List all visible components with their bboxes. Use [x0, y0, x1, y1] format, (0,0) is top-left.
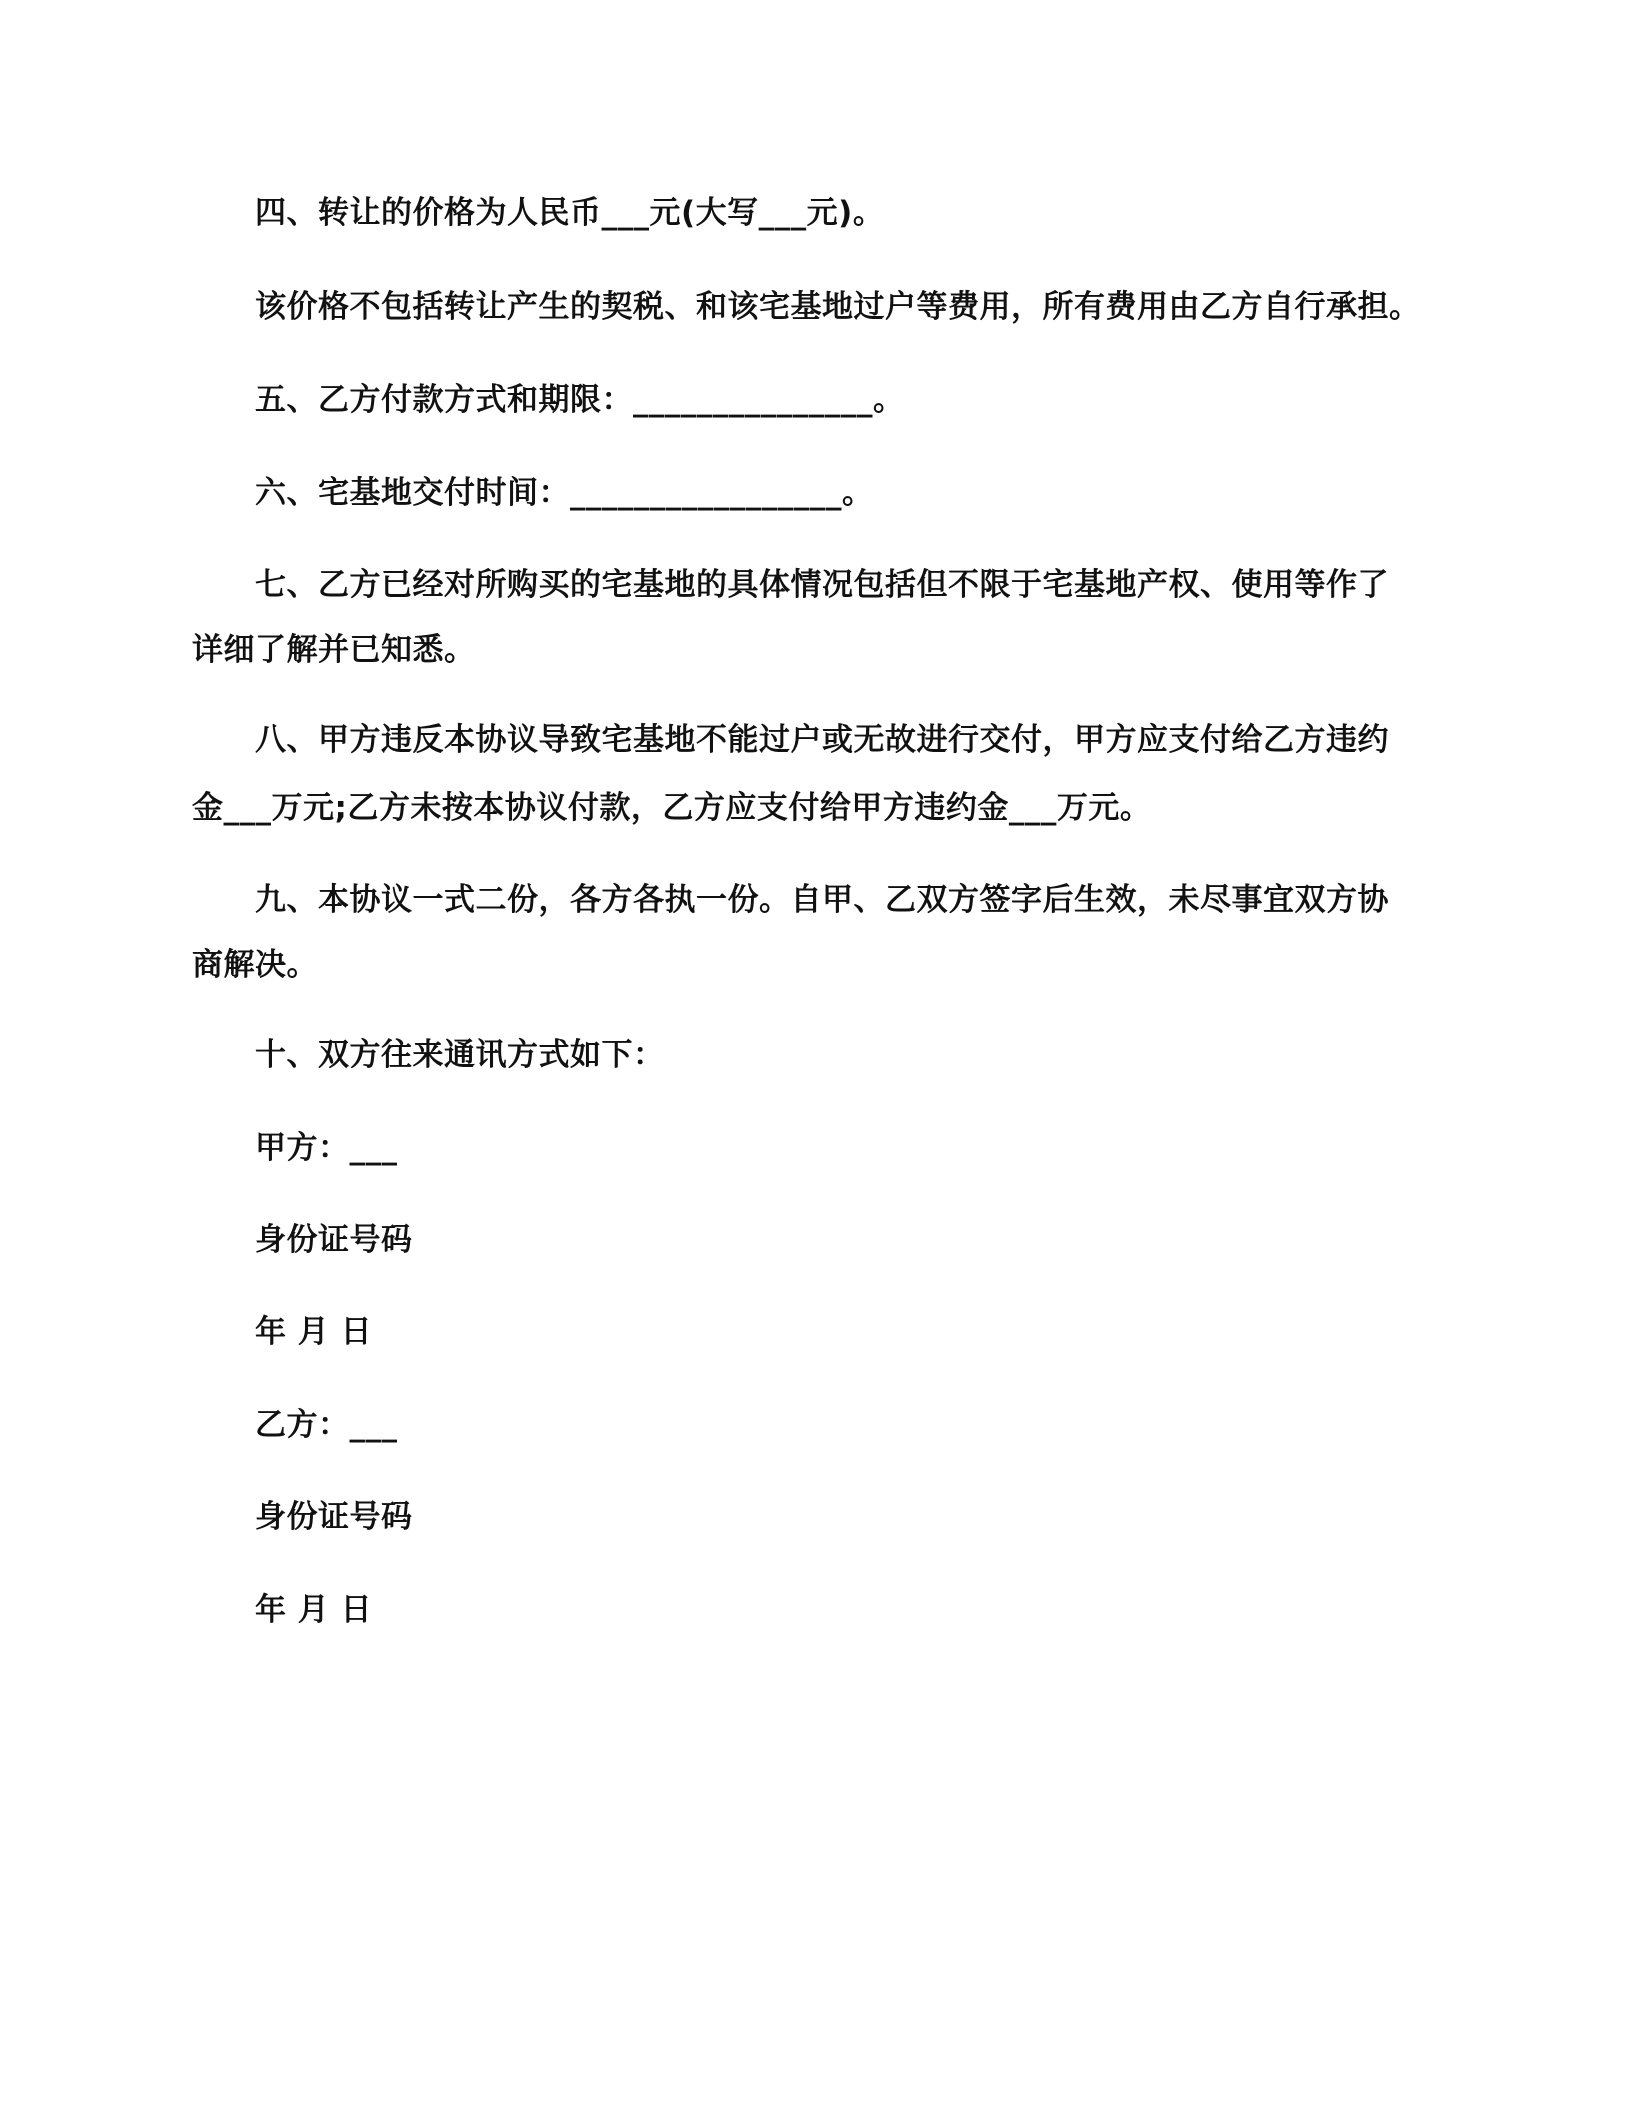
- document-line: 甲方：___: [255, 1128, 1505, 1168]
- document-line: 详细了解并已知悉。: [192, 630, 1442, 670]
- document-line: 身份证号码: [255, 1220, 1505, 1260]
- document-line: 六、宅基地交付时间：_________________。: [255, 473, 1505, 513]
- document-line: 十、双方往来通讯方式如下：: [255, 1035, 1505, 1075]
- document-line: 商解决。: [192, 945, 1442, 985]
- document-line: 七、乙方已经对所购买的宅基地的具体情况包括但不限于宅基地产权、使用等作了: [255, 565, 1505, 605]
- document-line: 身份证号码: [255, 1497, 1505, 1537]
- document-line: 金___万元;乙方未按本协议付款，乙方应支付给甲方违约金___万元。: [192, 788, 1442, 828]
- document-line: 乙方：___: [255, 1405, 1505, 1445]
- document-line: 八、甲方违反本协议导致宅基地不能过户或无故进行交付，甲方应支付给乙方违约: [255, 720, 1505, 760]
- document-line: 年 月 日: [255, 1312, 1505, 1352]
- document-line: 九、本协议一式二份，各方各执一份。自甲、乙双方签字后生效，未尽事宜双方协: [255, 880, 1505, 920]
- document-line: 年 月 日: [255, 1590, 1505, 1630]
- document-line: 四、转让的价格为人民币___元(大写___元)。: [255, 193, 1505, 233]
- document-line: 该价格不包括转让产生的契税、和该宅基地过户等费用，所有费用由乙方自行承担。: [255, 287, 1505, 327]
- document-line: 五、乙方付款方式和期限：_______________。: [255, 380, 1505, 420]
